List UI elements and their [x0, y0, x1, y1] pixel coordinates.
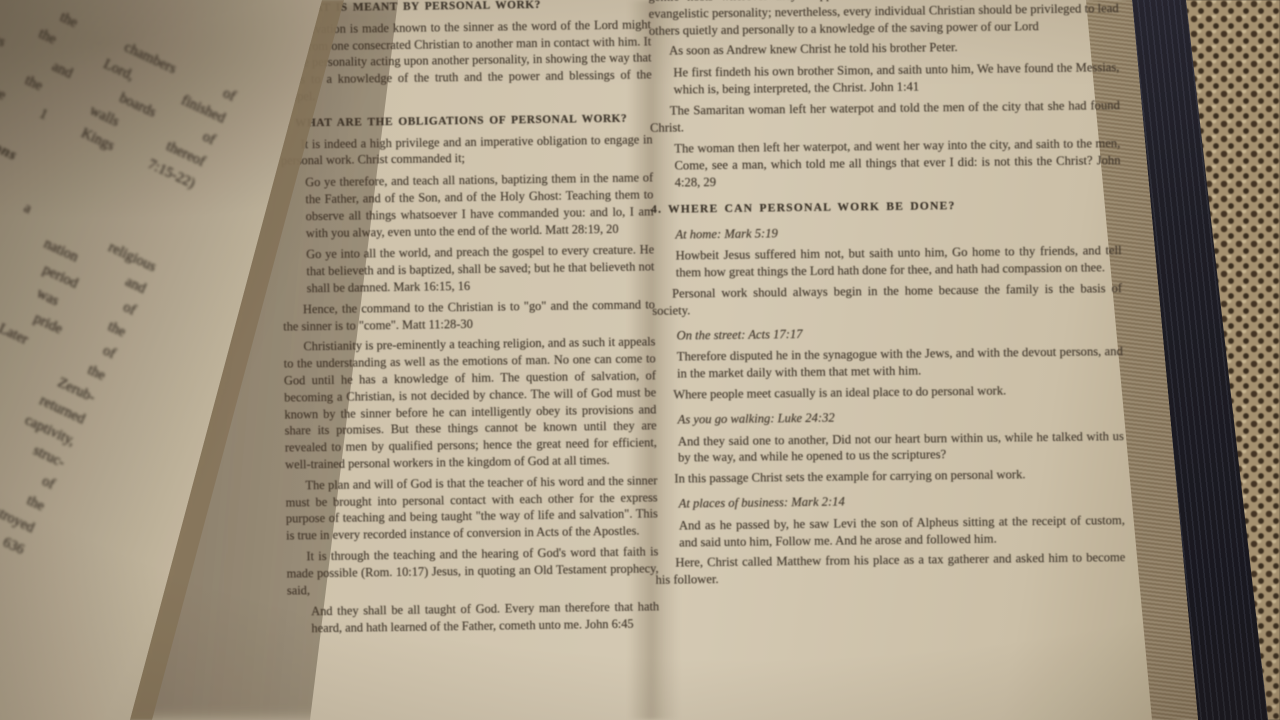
text-block-p: The plan and will of God is that the tea…: [285, 472, 658, 544]
text-block-q: And as he passed by, he saw Levi the son…: [679, 512, 1125, 551]
text-block-lbl: At home: Mark 5:19: [675, 221, 1121, 243]
text-block-q: The woman then left her waterpot, and we…: [674, 136, 1121, 192]
text-block-p: In this passage Christ sets the example …: [654, 465, 1124, 488]
text-block-p: Here, Christ called Matthew from his pla…: [655, 549, 1125, 588]
text-block-p: Where people meet casually is an ideal p…: [653, 381, 1123, 404]
text-block-q: And they shall be all taught of God. Eve…: [311, 599, 659, 637]
text-block-q: Therefore disputed he in the synagogue w…: [677, 343, 1123, 382]
text-block-p: Personal work should always begin in the…: [652, 280, 1122, 319]
text-block-h: 4. WHERE CAN PERSONAL WORK BE DONE?: [651, 196, 1121, 219]
text-block-p: It is through the teaching and the heari…: [286, 543, 659, 599]
right-page-text-column: gentle hosts wherever they stopped to te…: [648, 0, 1125, 589]
text-block-p: As soon as Andrew knew Christ he told hi…: [649, 38, 1119, 61]
text-block-p: The Samaritan woman left her waterpot an…: [650, 97, 1120, 136]
text-block-q: And they said one to another, Did not ou…: [678, 428, 1124, 467]
text-block-q: He first findeth his own brother Simon, …: [673, 59, 1119, 98]
photo-of-open-book: 2. WHAT IS MEANT BY PERSONAL WORK?Salvat…: [0, 0, 1280, 720]
text-block-lbl: As you go walking: Luke 24:32: [678, 406, 1124, 428]
text-block-cut: gentle hosts wherever they stopped to te…: [648, 0, 1119, 39]
text-block-lbl: At places of business: Mark 2:14: [679, 490, 1125, 512]
text-block-lbl: On the street: Acts 17:17: [676, 322, 1122, 344]
text-block-q: Howbeit Jesus suffered him not, but sait…: [676, 242, 1122, 281]
